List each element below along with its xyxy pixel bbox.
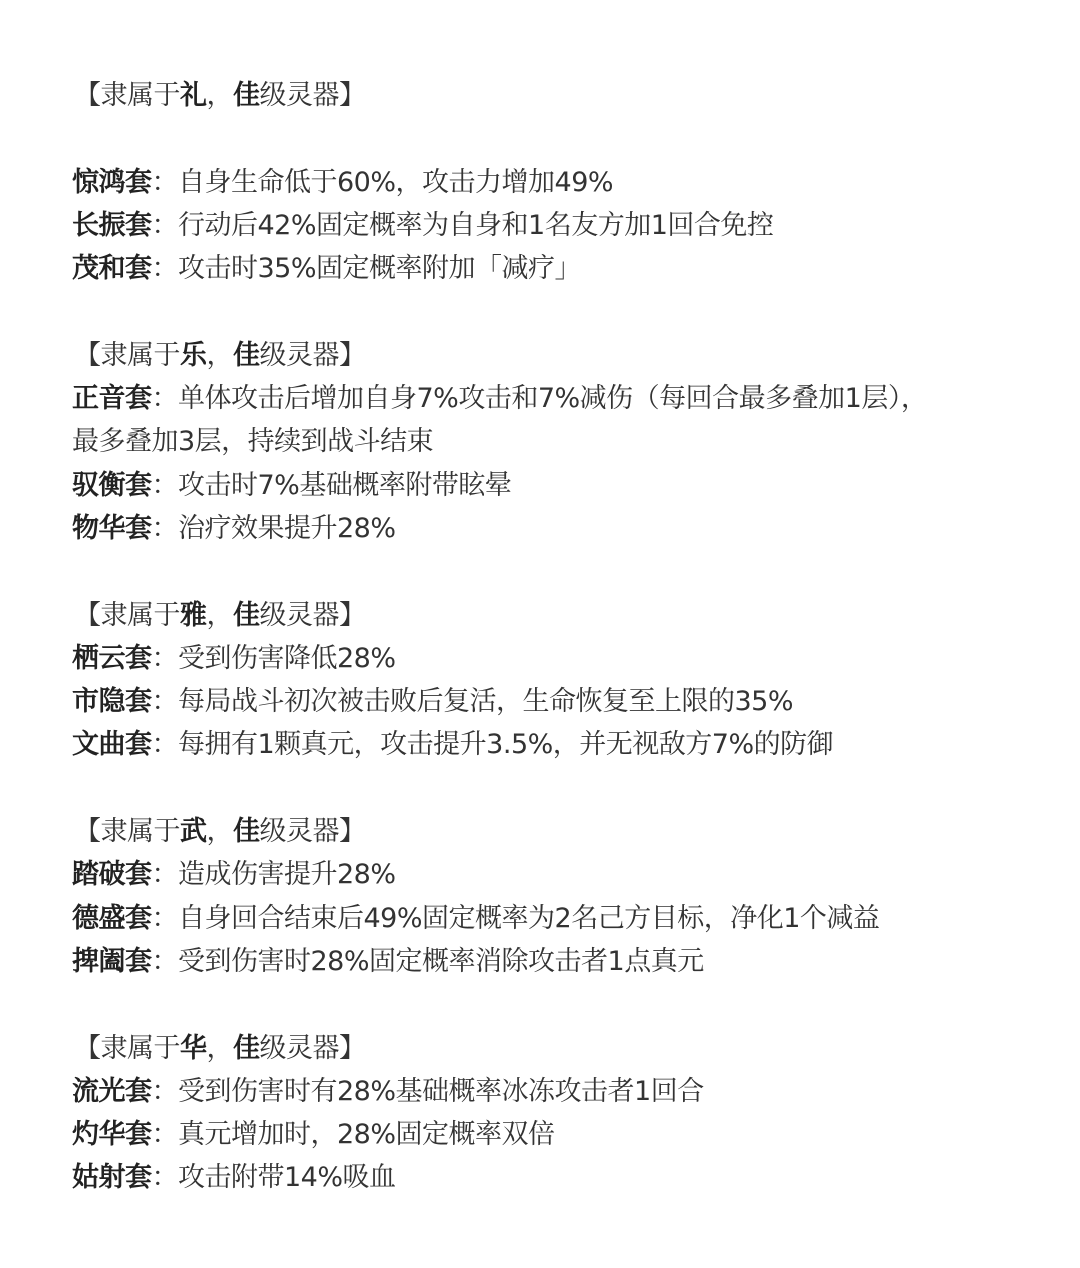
set-description: 行动后42%固定概率为自身和1名友方加1回合免控	[178, 210, 773, 241]
header-suffix: 级灵器】	[260, 816, 366, 847]
header-grade: 佳	[233, 816, 260, 847]
set-description: 攻击时35%固定概率附加「减疗」	[178, 253, 581, 284]
set-description: 自身生命低于60%，攻击力增加49%	[178, 167, 613, 198]
set-description: 受到伤害时28%固定概率消除攻击者1点真元	[178, 946, 704, 977]
set-description: 治疗效果提升28%	[178, 513, 396, 544]
set-description: 单体攻击后增加自身7%攻击和7%减伤（每回合最多叠加1层），	[178, 383, 927, 414]
set-description: 攻击附带14%吸血	[178, 1162, 396, 1193]
header-grade: 佳	[233, 80, 260, 111]
header-separator: ，	[207, 340, 234, 371]
set-item: 流光套：受到伤害时有28%基础概率冰冻攻击者1回合	[72, 1070, 1032, 1113]
set-description: 攻击时7%基础概率附带眩晕	[178, 470, 511, 501]
header-suffix: 级灵器】	[260, 1033, 366, 1064]
set-name: 惊鸿套	[72, 167, 152, 198]
set-name: 灼华套	[72, 1119, 152, 1150]
set-name: 正音套	[72, 383, 152, 414]
spacer	[72, 550, 1032, 593]
set-description-continued: 最多叠加3层，持续到战斗结束	[72, 426, 433, 457]
set-description: 受到伤害降低28%	[178, 643, 396, 674]
colon: ：	[152, 383, 179, 414]
header-attribute: 礼	[180, 80, 207, 111]
colon: ：	[152, 167, 179, 198]
set-name: 文曲套	[72, 729, 152, 760]
set-description: 自身回合结束后49%固定概率为2名己方目标，净化1个减益	[178, 903, 879, 934]
set-item: 正音套：单体攻击后增加自身7%攻击和7%减伤（每回合最多叠加1层），	[72, 377, 1032, 420]
group-header-le: 【隶属于乐，佳级灵器】	[74, 334, 1032, 377]
set-item: 捭阖套：受到伤害时28%固定概率消除攻击者1点真元	[72, 940, 1032, 983]
header-grade: 佳	[233, 1033, 260, 1064]
colon: ：	[152, 1076, 179, 1107]
set-name: 流光套	[72, 1076, 152, 1107]
set-name: 市隐套	[72, 686, 152, 717]
spacer	[72, 117, 1032, 160]
colon: ：	[152, 1162, 179, 1193]
header-prefix: 【隶属于	[74, 80, 180, 111]
header-prefix: 【隶属于	[74, 340, 180, 371]
set-item: 姑射套：攻击附带14%吸血	[72, 1156, 1032, 1199]
colon: ：	[152, 1119, 179, 1150]
header-prefix: 【隶属于	[74, 600, 180, 631]
set-name: 长振套	[72, 210, 152, 241]
group-header-wu: 【隶属于武，佳级灵器】	[74, 810, 1032, 853]
set-item: 惊鸿套：自身生命低于60%，攻击力增加49%	[72, 161, 1032, 204]
set-item: 市隐套：每局战斗初次被击败后复活，生命恢复至上限的35%	[72, 680, 1032, 723]
group-header-li: 【隶属于礼，佳级灵器】	[74, 74, 1032, 117]
colon: ：	[152, 643, 179, 674]
group-header-ya: 【隶属于雅，佳级灵器】	[74, 594, 1032, 637]
set-description: 造成伤害提升28%	[178, 859, 396, 890]
set-name: 姑射套	[72, 1162, 152, 1193]
colon: ：	[152, 470, 179, 501]
set-name: 物华套	[72, 513, 152, 544]
set-name: 驭衡套	[72, 470, 152, 501]
header-attribute: 武	[180, 816, 207, 847]
colon: ：	[152, 946, 179, 977]
header-suffix: 级灵器】	[260, 600, 366, 631]
spacer	[72, 767, 1032, 810]
colon: ：	[152, 686, 179, 717]
set-item: 灼华套：真元增加时，28%固定概率双倍	[72, 1113, 1032, 1156]
colon: ：	[152, 513, 179, 544]
header-attribute: 华	[180, 1033, 207, 1064]
set-name: 踏破套	[72, 859, 152, 890]
set-item: 茂和套：攻击时35%固定概率附加「减疗」	[72, 247, 1032, 290]
header-suffix: 级灵器】	[260, 340, 366, 371]
header-separator: ，	[207, 600, 234, 631]
colon: ：	[152, 729, 179, 760]
header-separator: ，	[207, 80, 234, 111]
set-item: 驭衡套：攻击时7%基础概率附带眩晕	[72, 464, 1032, 507]
set-description: 受到伤害时有28%基础概率冰冻攻击者1回合	[178, 1076, 704, 1107]
document-body: 【隶属于礼，佳级灵器】 惊鸿套：自身生命低于60%，攻击力增加49% 长振套：行…	[72, 74, 1032, 1200]
colon: ：	[152, 253, 179, 284]
colon: ：	[152, 903, 179, 934]
spacer	[72, 983, 1032, 1026]
set-name: 栖云套	[72, 643, 152, 674]
header-separator: ，	[207, 816, 234, 847]
header-separator: ，	[207, 1033, 234, 1064]
header-attribute: 乐	[180, 340, 207, 371]
set-description: 每拥有1颗真元，攻击提升3.5%，并无视敌方7%的防御	[178, 729, 833, 760]
header-grade: 佳	[233, 340, 260, 371]
group-header-hua: 【隶属于华，佳级灵器】	[74, 1027, 1032, 1070]
set-item: 长振套：行动后42%固定概率为自身和1名友方加1回合免控	[72, 204, 1032, 247]
set-name: 捭阖套	[72, 946, 152, 977]
colon: ：	[152, 859, 179, 890]
set-item: 德盛套：自身回合结束后49%固定概率为2名己方目标，净化1个减益	[72, 897, 1032, 940]
set-description: 每局战斗初次被击败后复活，生命恢复至上限的35%	[178, 686, 793, 717]
set-description: 真元增加时，28%固定概率双倍	[178, 1119, 555, 1150]
set-item-continuation: 最多叠加3层，持续到战斗结束	[72, 420, 1032, 463]
set-item: 踏破套：造成伤害提升28%	[72, 853, 1032, 896]
header-prefix: 【隶属于	[74, 1033, 180, 1064]
set-item: 物华套：治疗效果提升28%	[72, 507, 1032, 550]
spacer	[72, 290, 1032, 333]
set-item: 栖云套：受到伤害降低28%	[72, 637, 1032, 680]
header-suffix: 级灵器】	[260, 80, 366, 111]
colon: ：	[152, 210, 179, 241]
set-item: 文曲套：每拥有1颗真元，攻击提升3.5%，并无视敌方7%的防御	[72, 723, 1032, 766]
set-name: 茂和套	[72, 253, 152, 284]
header-prefix: 【隶属于	[74, 816, 180, 847]
set-name: 德盛套	[72, 903, 152, 934]
header-attribute: 雅	[180, 600, 207, 631]
header-grade: 佳	[233, 600, 260, 631]
